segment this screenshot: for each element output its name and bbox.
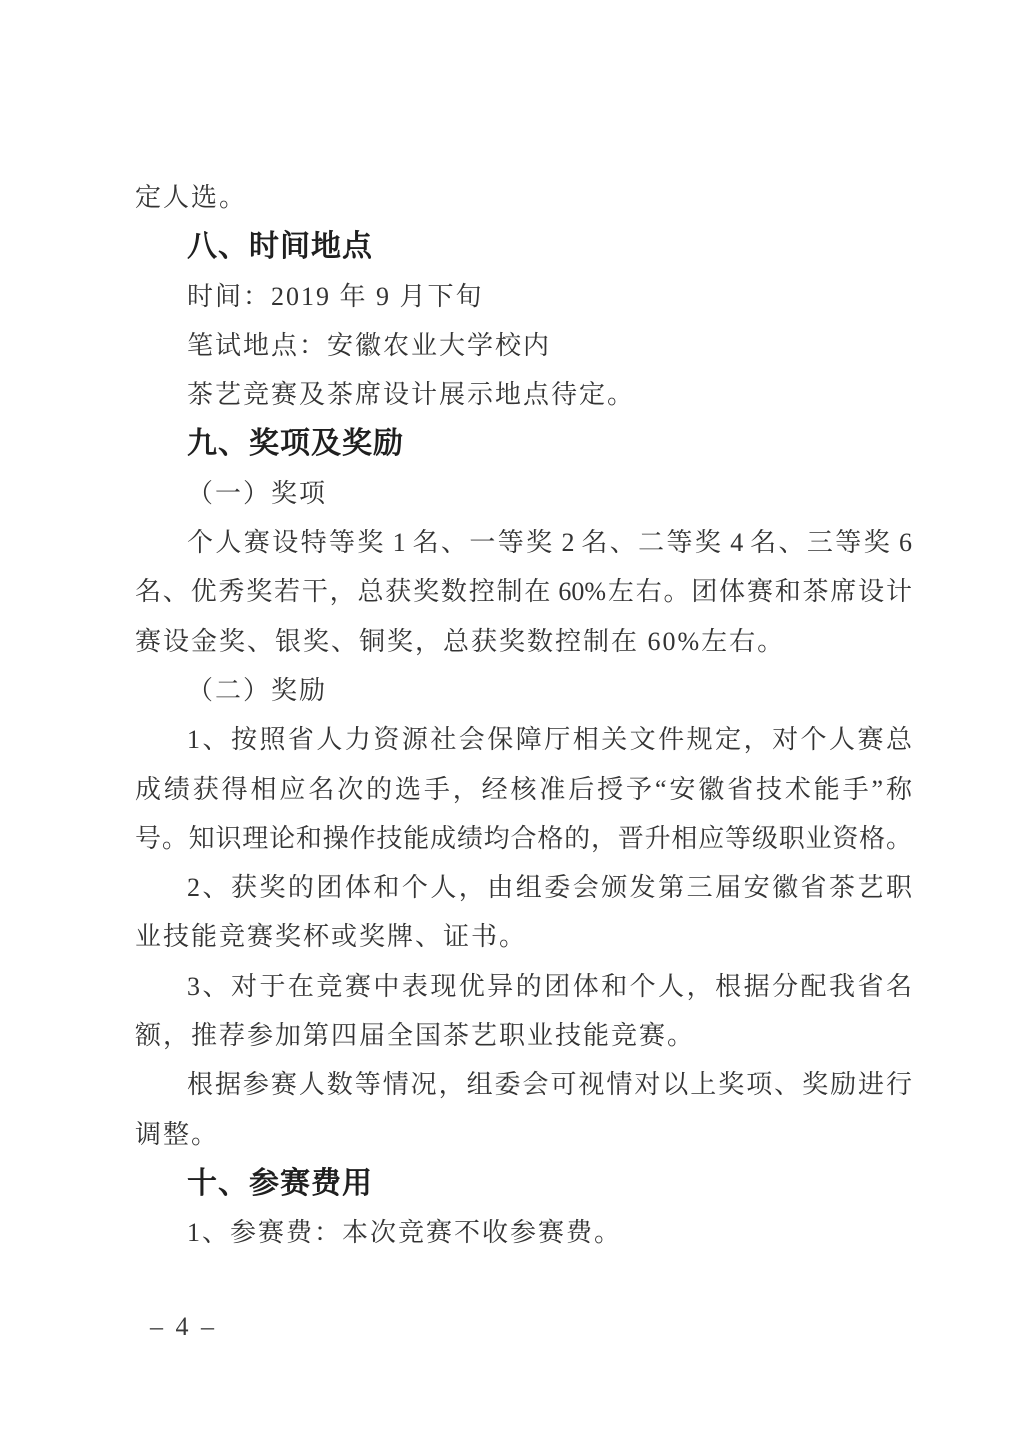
page-number: – 4 – xyxy=(150,1312,217,1341)
paragraph-reward-3-line-2: 额，推荐参加第四届全国茶艺职业技能竞赛。 xyxy=(135,1011,912,1060)
line-tea-art-venue: 茶艺竞赛及茶席设计展示地点待定。 xyxy=(135,370,912,419)
paragraph-reward-2-line-1: 2、获奖的团体和个人，由组委会颁发第三届安徽省茶艺职 xyxy=(135,863,912,912)
paragraph-adjustment-line-1: 根据参赛人数等情况，组委会可视情对以上奖项、奖励进行 xyxy=(135,1060,912,1109)
section-heading-time-location: 八、时间地点 xyxy=(135,222,912,271)
line-competition-time: 时间：2019 年 9 月下旬 xyxy=(135,272,912,321)
line-entry-fee: 1、参赛费：本次竞赛不收参赛费。 xyxy=(135,1208,912,1257)
paragraph-reward-2-line-2: 业技能竞赛奖杯或奖牌、证书。 xyxy=(135,912,912,961)
section-heading-awards: 九、奖项及奖励 xyxy=(135,419,912,468)
document-page: 定人选。 八、时间地点 时间：2019 年 9 月下旬 笔试地点：安徽农业大学校… xyxy=(0,0,1024,1448)
paragraph-awards-line-2: 名、优秀奖若干，总获奖数控制在 60%左右。团体赛和茶席设计 xyxy=(135,567,912,616)
line-written-test-location: 笔试地点：安徽农业大学校内 xyxy=(135,321,912,370)
paragraph-reward-1-line-2: 成绩获得相应名次的选手，经核准后授予“安徽省技术能手”称 xyxy=(135,765,912,814)
paragraph-adjustment-line-2: 调整。 xyxy=(135,1110,912,1159)
paragraph-awards-line-3: 赛设金奖、银奖、铜奖，总获奖数控制在 60%左右。 xyxy=(135,617,912,666)
page-footer: – 4 – xyxy=(150,1312,217,1342)
section-heading-fees: 十、参赛费用 xyxy=(135,1159,912,1208)
paragraph-awards-line-1: 个人赛设特等奖 1 名、一等奖 2 名、二等奖 4 名、三等奖 6 xyxy=(135,518,912,567)
continuation-text: 定人选。 xyxy=(135,173,912,222)
subheading-rewards: （二）奖励 xyxy=(135,666,912,715)
document-content: 定人选。 八、时间地点 时间：2019 年 9 月下旬 笔试地点：安徽农业大学校… xyxy=(135,173,912,1258)
paragraph-reward-1-line-3: 号。知识理论和操作技能成绩均合格的，晋升相应等级职业资格。 xyxy=(135,814,912,863)
paragraph-reward-1-line-1: 1、按照省人力资源社会保障厅相关文件规定，对个人赛总 xyxy=(135,715,912,764)
subheading-awards: （一）奖项 xyxy=(135,469,912,518)
paragraph-reward-3-line-1: 3、对于在竞赛中表现优异的团体和个人，根据分配我省名 xyxy=(135,962,912,1011)
